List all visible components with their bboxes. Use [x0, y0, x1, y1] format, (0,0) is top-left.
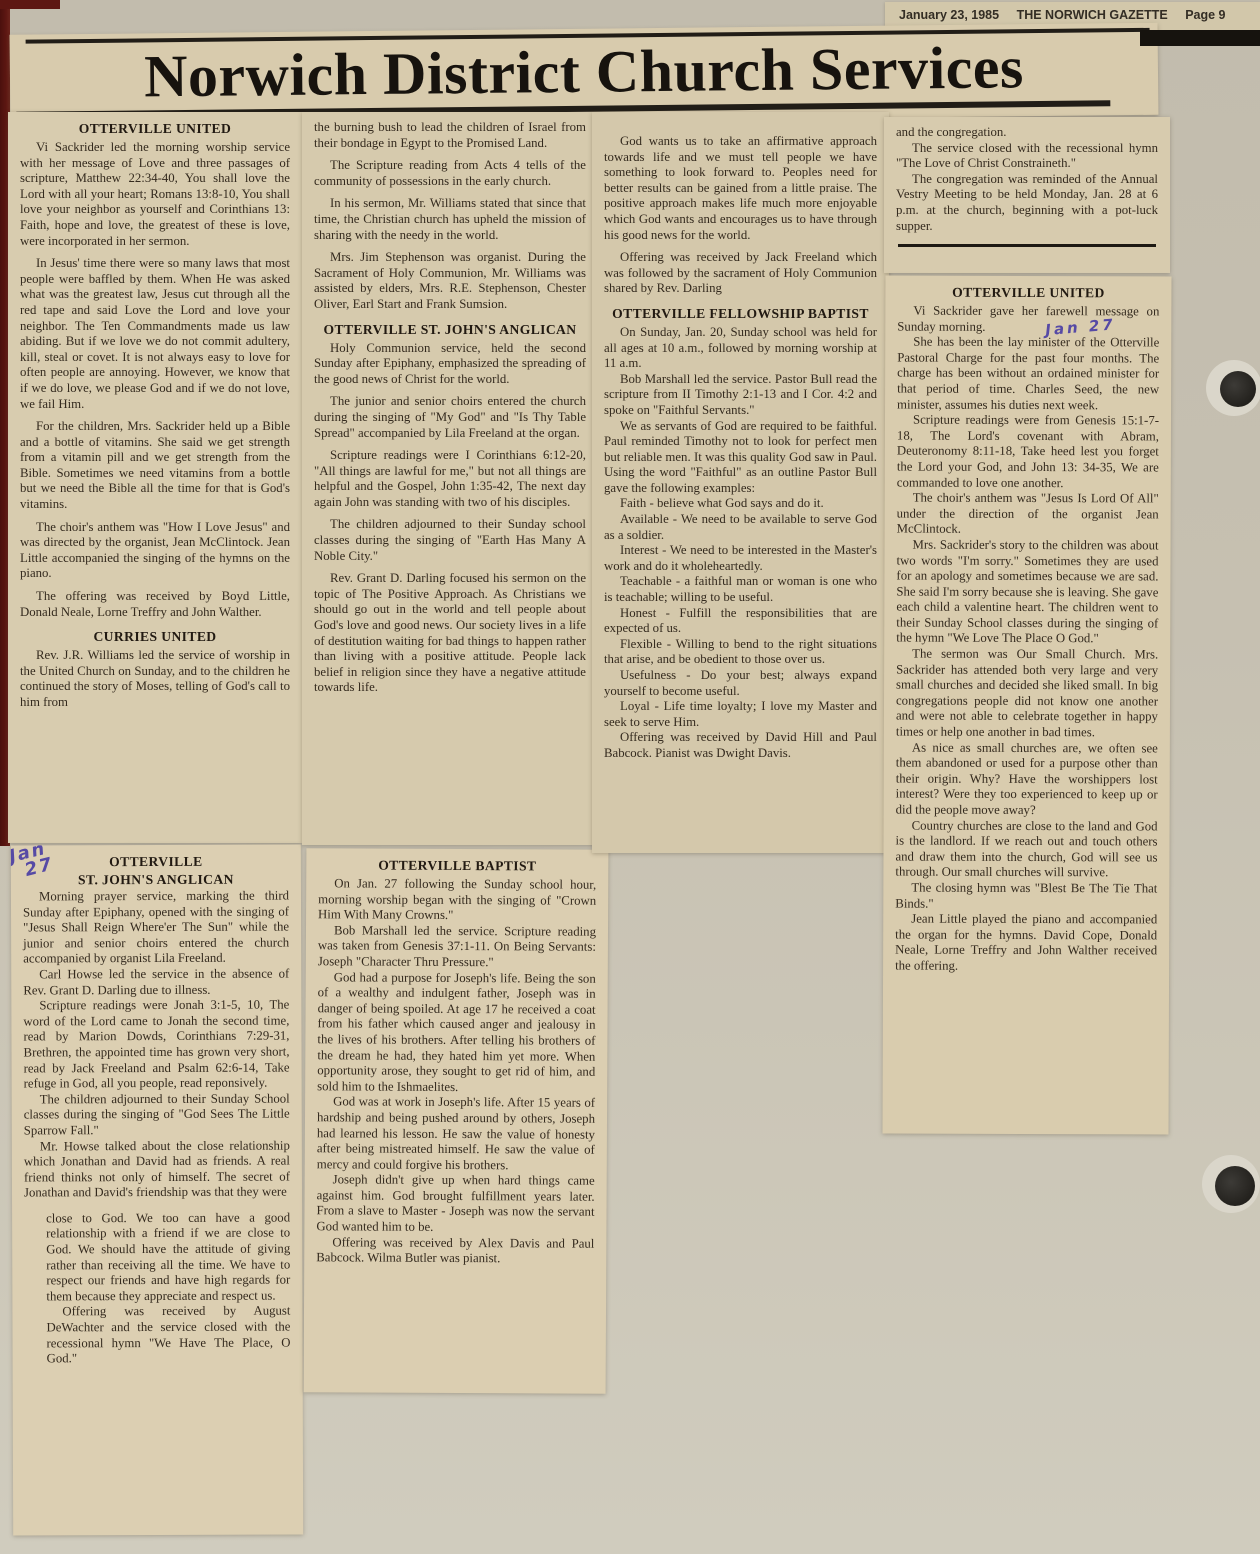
- article-heading: CURRIES UNITED: [20, 628, 290, 645]
- clipping-otterville-united: OTTERVILLE UNITED Vi Sackrider led the m…: [8, 112, 302, 843]
- paragraph: We as servants of God are required to be…: [604, 419, 877, 497]
- paragraph: On Sunday, Jan. 20, Sunday school was he…: [604, 325, 877, 372]
- paragraph: As nice as small churches are, we often …: [896, 740, 1158, 819]
- paragraph: Vi Sackrider gave her farewell message o…: [897, 304, 1159, 336]
- dateline-date: January 23, 1985: [899, 8, 999, 22]
- binding-corner: [0, 0, 60, 9]
- punch-hole: [1220, 371, 1256, 407]
- paragraph: and the congregation.: [896, 125, 1158, 141]
- paragraph: the burning bush to lead the children of…: [314, 120, 586, 151]
- paragraph: In his sermon, Mr. Williams stated that …: [314, 196, 586, 243]
- article-heading: OTTERVILLE UNITED: [897, 284, 1159, 302]
- paragraph: Scripture readings were from Genesis 15:…: [897, 413, 1159, 492]
- paragraph: The offering was received by Boyd Little…: [20, 589, 290, 620]
- paragraph: Jean Little played the piano and accompa…: [895, 912, 1157, 975]
- clipping-article-ending: and the congregation. The service closed…: [884, 117, 1170, 273]
- article-heading: OTTERVILLE BAPTIST: [318, 856, 596, 874]
- clipping-bottom-rule: [898, 244, 1156, 247]
- paragraph: Offering was received by David Hill and …: [604, 730, 877, 761]
- clipping-curries-continuation-st-johns: the burning bush to lead the children of…: [302, 112, 598, 845]
- paragraph: Available - We need to be available to s…: [604, 512, 877, 543]
- paragraph: On Jan. 27 following the Sunday school h…: [318, 876, 596, 924]
- paragraph: The choir's anthem was "How I Love Jesus…: [20, 520, 290, 582]
- paragraph: The closing hymn was "Blest Be The Tie T…: [895, 881, 1157, 913]
- paragraph: Interest - We need to be interested in t…: [604, 543, 877, 574]
- paragraph: God wants us to take an affirmative appr…: [604, 134, 877, 243]
- scrapbook-page: January 23, 1985 THE NORWICH GAZETTE Pag…: [0, 0, 1260, 1554]
- paragraph: Mr. Howse talked about the close relatio…: [24, 1138, 290, 1201]
- paragraph: Usefulness - Do your best; always expand…: [604, 668, 877, 699]
- dateline-page-number: Page 9: [1185, 8, 1225, 22]
- clipping-otterville-fellowship-baptist: God wants us to take an affirmative appr…: [592, 112, 889, 853]
- article-heading: OTTERVILLE UNITED: [20, 120, 290, 137]
- paragraph: The choir's anthem was "Jesus Is Lord Of…: [897, 491, 1159, 539]
- paragraph: Offering was received by Alex Davis and …: [316, 1235, 594, 1268]
- clipping-otterville-st-johns-anglican-jan27: Jan 27 OTTERVILLE ST. JOHN'S ANGLICAN Mo…: [11, 844, 303, 1535]
- paragraph: God had a purpose for Joseph's life. Bei…: [317, 970, 596, 1096]
- article-heading-line1: OTTERVILLE: [23, 853, 289, 871]
- paragraph: Holy Communion service, held the second …: [314, 341, 586, 388]
- article-heading-line2: ST. JOHN'S ANGLICAN: [23, 871, 289, 889]
- paragraph: Honest - Fulfill the responsibilities th…: [604, 606, 877, 637]
- paragraph: Flexible - Willing to bend to the right …: [604, 637, 877, 668]
- paragraph: Offering was received by August DeWachte…: [46, 1304, 290, 1367]
- paragraph: The children adjourned to their Sunday s…: [314, 517, 586, 564]
- paragraph: Teachable - a faithful man or woman is o…: [604, 574, 877, 605]
- paragraph: Offering was received by Jack Freeland w…: [604, 250, 877, 297]
- paragraph: Mrs. Sackrider's story to the children w…: [896, 537, 1158, 647]
- dateline: January 23, 1985 THE NORWICH GAZETTE Pag…: [885, 2, 1260, 22]
- paragraph: The junior and senior choirs entered the…: [314, 394, 586, 441]
- paragraph: In Jesus' time there were so many laws t…: [20, 256, 290, 412]
- paragraph: Scripture readings were I Corinthians 6:…: [314, 448, 586, 510]
- paragraph: Faith - believe what God says and do it.: [604, 496, 877, 512]
- clipping-otterville-baptist: OTTERVILLE BAPTIST On Jan. 27 following …: [304, 848, 609, 1394]
- paragraph: The congregation was reminded of the Ann…: [896, 172, 1158, 234]
- paragraph: Bob Marshall led the service. Scripture …: [318, 923, 596, 971]
- paragraph: Joseph didn't give up when hard things c…: [316, 1173, 594, 1237]
- punch-hole: [1215, 1166, 1255, 1206]
- paragraph: close to God. We too can have a good rel…: [46, 1210, 290, 1304]
- paragraph: Loyal - Life time loyalty; I love my Mas…: [604, 699, 877, 730]
- article-heading: OTTERVILLE FELLOWSHIP BAPTIST: [604, 305, 877, 322]
- page-headline: Norwich District Church Services: [10, 33, 1159, 111]
- paragraph: The children adjourned to their Sunday S…: [24, 1091, 290, 1139]
- paragraph: Vi Sackrider led the morning worship ser…: [20, 140, 290, 249]
- paragraph: The Scripture reading from Acts 4 tells …: [314, 158, 586, 189]
- paragraph: Mrs. Jim Stephenson was organist. During…: [314, 250, 586, 312]
- paragraph: Carl Howse led the service in the absenc…: [23, 967, 289, 999]
- paragraph: The sermon was Our Small Church. Mrs. Sa…: [896, 647, 1158, 741]
- paragraph: For the children, Mrs. Sackrider held up…: [20, 419, 290, 513]
- paragraph: The service closed with the recessional …: [896, 141, 1158, 172]
- article-heading: OTTERVILLE ST. JOHN'S ANGLICAN: [314, 321, 586, 338]
- paragraph: Morning prayer service, marking the thir…: [23, 889, 289, 968]
- paragraph: Country churches are close to the land a…: [895, 818, 1157, 881]
- clipping-otterville-united-farewell: Jan 27 OTTERVILLE UNITED Vi Sackrider ga…: [883, 276, 1172, 1135]
- dateline-paper-name: THE NORWICH GAZETTE: [1017, 8, 1168, 22]
- pasted-fragment: close to God. We too can have a good rel…: [46, 1210, 291, 1367]
- paragraph: God was at work in Joseph's life. After …: [317, 1095, 595, 1174]
- paragraph: Bob Marshall led the service. Pastor Bul…: [604, 372, 877, 419]
- paragraph: Scripture readings were Jonah 3:1-5, 10,…: [23, 998, 289, 1092]
- paragraph: Rev. J.R. Williams led the service of wo…: [20, 648, 290, 710]
- paragraph: Rev. Grant D. Darling focused his sermon…: [314, 571, 586, 696]
- paragraph: She has been the lay minister of the Ott…: [897, 335, 1159, 414]
- corner-rule: [1140, 30, 1260, 46]
